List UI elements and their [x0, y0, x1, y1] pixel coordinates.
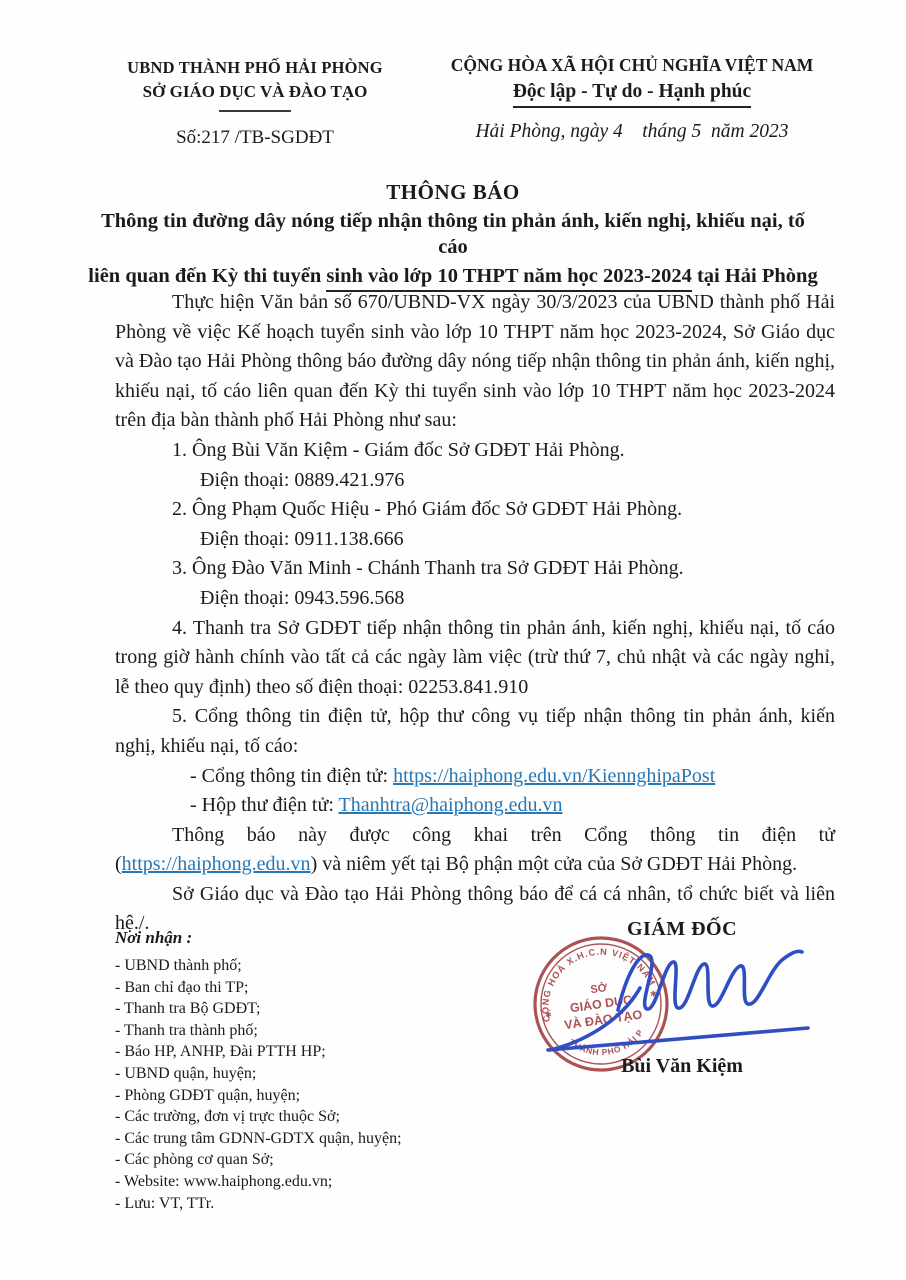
recipient-item: - Website: www.haiphong.edu.vn; — [115, 1171, 455, 1193]
contact-1-phone: Điện thoại: 0889.421.976 — [200, 466, 835, 496]
contact-3-name: 3. Ông Đào Văn Minh - Chánh Thanh tra Sở… — [172, 554, 835, 584]
national-title: CỘNG HÒA XÃ HỘI CHỦ NGHĨA VIỆT NAM — [424, 55, 840, 76]
paragraph-item-4: 4. Thanh tra Sở GDĐT tiếp nhận thông tin… — [115, 614, 835, 703]
contact-1-name: 1. Ông Bùi Văn Kiệm - Giám đốc Sở GDĐT H… — [172, 436, 835, 466]
contact-3-phone: Điện thoại: 0943.596.568 — [200, 584, 835, 614]
portal-link-line: - Cổng thông tin điện tử: https://haipho… — [190, 762, 835, 792]
recipient-item: - Lưu: VT, TTr. — [115, 1193, 455, 1215]
agency-rule — [219, 110, 291, 112]
portal-link[interactable]: https://haiphong.edu.vn/KiennghipaPost — [393, 765, 715, 787]
signer-name: Bùi Văn Kiệm — [520, 1055, 844, 1078]
signature-scribble-icon — [540, 938, 906, 1063]
recipient-item: - UBND thành phố; — [115, 955, 455, 977]
recipient-item: - Ban chỉ đạo thi TP; — [115, 977, 455, 999]
contact-2-phone: Điện thoại: 0911.138.666 — [200, 525, 835, 555]
title-line-1: Thông tin đường dây nóng tiếp nhận thông… — [88, 208, 818, 260]
portal-home-link[interactable]: https://haiphong.edu.vn — [122, 853, 311, 875]
email-link[interactable]: Thanhtra@haiphong.edu.vn — [339, 794, 563, 816]
title-line-2-post: tại Hải Phòng — [692, 265, 818, 287]
recipient-item: - Các trung tâm GDNN-GDTX quận, huyện; — [115, 1128, 455, 1150]
issuing-agency-block: UBND THÀNH PHỐ HẢI PHÒNG SỞ GIÁO DỤC VÀ … — [112, 58, 398, 149]
recipient-item: - Báo HP, ANHP, Đài PTTH HP; — [115, 1041, 455, 1063]
paragraph-intro: Thực hiện Văn bản số 670/UBND-VX ngày 30… — [115, 288, 835, 436]
recipients-block: Nơi nhận : - UBND thành phố; - Ban chỉ đ… — [115, 928, 455, 1214]
recipients-label: Nơi nhận : — [115, 928, 455, 948]
title-line-2: liên quan đến Kỳ thi tuyển sinh vào lớp … — [88, 263, 818, 289]
email-link-label: - Hộp thư điện tử: — [190, 794, 339, 816]
recipient-item: - Thanh tra thành phố; — [115, 1020, 455, 1042]
document-number: Số:217 /TB-SGDĐT — [112, 127, 398, 149]
issue-date: Hải Phòng, ngày 4 tháng 5 năm 2023 — [424, 121, 840, 143]
national-motto-block: CỘNG HÒA XÃ HỘI CHỦ NGHĨA VIỆT NAM Độc l… — [424, 55, 840, 143]
document-page: UBND THÀNH PHỐ HẢI PHÒNG SỞ GIÁO DỤC VÀ … — [0, 0, 906, 1280]
document-kind: THÔNG BÁO — [88, 180, 818, 205]
parent-agency-name: UBND THÀNH PHỐ HẢI PHÒNG — [112, 58, 398, 78]
contact-2-name: 2. Ông Phạm Quốc Hiệu - Phó Giám đốc Sở … — [172, 495, 835, 525]
recipient-item: - Các phòng cơ quan Sở; — [115, 1149, 455, 1171]
recipient-item: - UBND quận, huyện; — [115, 1063, 455, 1085]
paragraph-item-5: 5. Cổng thông tin điện tử, hộp thư công … — [115, 702, 835, 761]
agency-name: SỞ GIÁO DỤC VÀ ĐÀO TẠO — [112, 82, 398, 102]
portal-link-label: - Cổng thông tin điện tử: — [190, 765, 393, 787]
title-line-2-pre: liên quan đến Kỳ thi tuyển — [88, 265, 326, 287]
document-title-block: THÔNG BÁO Thông tin đường dây nóng tiếp … — [88, 180, 818, 289]
recipient-item: - Phòng GDĐT quận, huyện; — [115, 1085, 455, 1107]
publication-post: ) và niêm yết tại Bộ phận một cửa của Sở… — [311, 853, 798, 875]
national-motto: Độc lập - Tự do - Hạnh phúc — [513, 81, 751, 108]
document-body: Thực hiện Văn bản số 670/UBND-VX ngày 30… — [115, 288, 835, 939]
recipient-item: - Thanh tra Bộ GDĐT; — [115, 998, 455, 1020]
recipient-item: - Các trường, đơn vị trực thuộc Sở; — [115, 1106, 455, 1128]
paragraph-publication: Thông báo này được công khai trên Cổng t… — [115, 821, 835, 880]
email-link-line: - Hộp thư điện tử: Thanhtra@haiphong.edu… — [190, 791, 835, 821]
